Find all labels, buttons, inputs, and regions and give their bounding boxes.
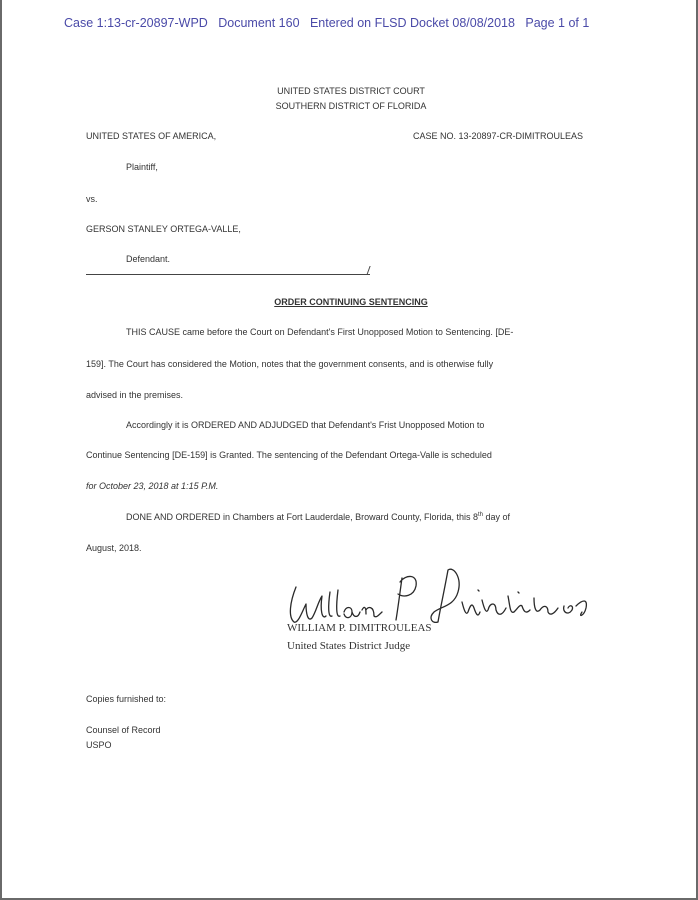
paragraph-2-line-1: Accordingly it is ORDERED AND ADJUDGED t… (126, 420, 484, 430)
copies-furnished-label: Copies furnished to: (86, 694, 166, 704)
defendant-label: Defendant. (126, 254, 170, 264)
plaintiff-label: Plaintiff, (126, 162, 158, 172)
paragraph-1-line-1: THIS CAUSE came before the Court on Defe… (126, 327, 513, 337)
judge-title: United States District Judge (287, 640, 410, 652)
court-name-line2: SOUTHERN DISTRICT OF FLORIDA (2, 101, 698, 111)
caption-divider (86, 274, 370, 275)
document-page: Case 1:13-cr-20897-WPD Document 160 Ente… (0, 0, 698, 900)
order-title: ORDER CONTINUING SENTENCING (2, 297, 698, 307)
plaintiff-name: UNITED STATES OF AMERICA, (86, 131, 216, 141)
paragraph-2-line-3: for October 23, 2018 at 1:15 P.M. (86, 481, 218, 491)
judge-name: WILLIAM P. DIMITROULEAS (287, 622, 432, 634)
versus-label: vs. (86, 194, 98, 204)
done-ordered-text: DONE AND ORDERED in Chambers at Fort Lau… (126, 512, 478, 522)
paragraph-1-line-2: 159]. The Court has considered the Motio… (86, 359, 493, 369)
paragraph-3-line-1: DONE AND ORDERED in Chambers at Fort Lau… (126, 512, 510, 522)
paragraph-3-line-2: August, 2018. (86, 543, 142, 553)
docket-header-stamp: Case 1:13-cr-20897-WPD Document 160 Ente… (64, 16, 589, 30)
case-number: CASE NO. 13-20897-CR-DIMITROULEAS (413, 131, 583, 141)
day-of-text: day of (483, 512, 510, 522)
copies-recipient: USPO (86, 740, 112, 750)
paragraph-2-line-2: Continue Sentencing [DE-159] is Granted.… (86, 450, 492, 460)
court-name-line1: UNITED STATES DISTRICT COURT (2, 86, 698, 96)
paragraph-1-line-3: advised in the premises. (86, 390, 183, 400)
defendant-name: GERSON STANLEY ORTEGA-VALLE, (86, 224, 241, 234)
copies-recipient: Counsel of Record (86, 725, 161, 735)
